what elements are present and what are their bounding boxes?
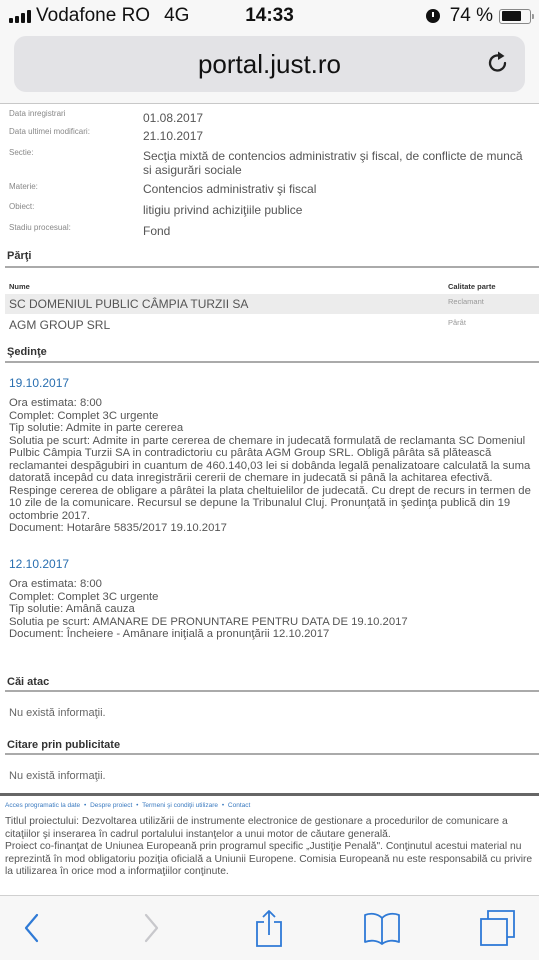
appeals-divider xyxy=(5,690,539,692)
footer-link-terms[interactable]: Termeni şi condiţii utilizare xyxy=(142,802,218,809)
tabs-icon[interactable] xyxy=(479,909,517,947)
battery-percent: 74 % xyxy=(450,5,493,27)
detail-matter: Materie: Contencios administrativ şi fis… xyxy=(0,180,539,196)
hearing-panel: Complet: Complet 3C urgente xyxy=(9,410,534,423)
address-bar[interactable]: portal.just.ro xyxy=(14,36,525,92)
forward-icon[interactable] xyxy=(141,912,161,944)
detail-label: Stadiu procesual: xyxy=(9,223,71,232)
hearing-time: Ora estimata: 8:00 xyxy=(9,397,534,410)
hearing-document: Document: Hotarâre 5835/2017 19.10.2017 xyxy=(9,522,534,535)
hearings-divider xyxy=(5,361,539,363)
footer-project-text: Titlul proiectului: Dezvoltarea utilizăr… xyxy=(5,816,537,879)
alarm-icon xyxy=(426,9,440,23)
detail-value: Secţia mixtă de contencios administrativ… xyxy=(143,149,533,177)
appeals-heading: Căi atac xyxy=(7,676,49,688)
detail-last-modified: Data ultimei modificari: 21.10.2017 xyxy=(0,127,539,143)
footer-project-title: Titlul proiectului: Dezvoltarea utilizăr… xyxy=(5,816,537,841)
footer-links: Acces programatic la date • Despre proie… xyxy=(5,802,250,809)
status-bar: Vodafone RO 4G 14:33 74 % xyxy=(0,0,539,32)
public-summons-heading: Citare prin publicitate xyxy=(7,739,120,751)
hearing-solution-summary: Solutia pe scurt: Admite in parte cerere… xyxy=(9,435,534,523)
party-name: AGM GROUP SRL xyxy=(9,318,110,332)
bookmarks-button[interactable] xyxy=(362,910,402,946)
detail-stage: Stadiu procesual: Fond xyxy=(0,222,539,238)
hearing-solution-summary: Solutia pe scurt: AMANARE DE PRONUNTARE … xyxy=(9,616,534,629)
detail-object: Obiect: litigiu privind achiziţiile publ… xyxy=(0,201,539,217)
footer-divider xyxy=(0,793,539,796)
party-name: SC DOMENIUL PUBLIC CÂMPIA TURZII SA xyxy=(9,297,248,311)
footer-link-contact[interactable]: Contact xyxy=(228,802,250,809)
detail-label: Materie: xyxy=(9,182,38,191)
party-role: Pârât xyxy=(448,318,466,327)
detail-label: Sectie: xyxy=(9,148,33,157)
share-icon[interactable] xyxy=(253,908,285,948)
public-summons-empty-text: Nu există informaţii. xyxy=(9,770,106,782)
detail-value: Contencios administrativ şi fiscal xyxy=(143,182,533,196)
detail-registration-date: Data inregistrari 01.08.2017 xyxy=(0,109,539,125)
forward-button[interactable] xyxy=(131,910,171,946)
tabs-button[interactable] xyxy=(478,910,518,946)
hearing-time: Ora estimata: 8:00 xyxy=(9,578,534,591)
appeals-empty-text: Nu există informaţii. xyxy=(9,707,106,719)
share-button[interactable] xyxy=(249,910,289,946)
footer-link-about[interactable]: Despre proiect xyxy=(90,802,132,809)
browser-address-area: portal.just.ro xyxy=(0,32,539,104)
party-row: AGM GROUP SRL Pârât xyxy=(5,315,539,335)
detail-label: Data inregistrari xyxy=(9,109,65,118)
hearing-document: Document: Încheiere - Amânare iniţială a… xyxy=(9,628,534,641)
parties-col-role: Calitate parte xyxy=(448,282,496,291)
hearing-solution-type: Tip solutie: Amână cauza xyxy=(9,603,534,616)
footer-link-separator: • xyxy=(84,802,86,809)
detail-value: 21.10.2017 xyxy=(143,129,533,143)
battery-level xyxy=(502,11,522,21)
footer-link-api-access[interactable]: Acces programatic la date xyxy=(5,802,80,809)
party-row: SC DOMENIUL PUBLIC CÂMPIA TURZII SA Recl… xyxy=(5,294,539,314)
back-button[interactable] xyxy=(12,910,52,946)
hearings-heading: Şedinţe xyxy=(7,346,47,358)
detail-value: Fond xyxy=(143,224,533,238)
detail-value: 01.08.2017 xyxy=(143,111,533,125)
parties-heading: Părţi xyxy=(7,250,31,262)
hearing-date: 12.10.2017 xyxy=(9,557,534,571)
footer-link-separator: • xyxy=(222,802,224,809)
footer-link-separator: • xyxy=(136,802,138,809)
reload-icon[interactable] xyxy=(485,50,511,76)
parties-divider xyxy=(5,266,539,268)
detail-label: Obiect: xyxy=(9,202,34,211)
hearing-entry: 12.10.2017 Ora estimata: 8:00 Complet: C… xyxy=(9,557,534,641)
hearing-solution-type: Tip solutie: Admite in parte cererea xyxy=(9,422,534,435)
detail-value: litigiu privind achiziţiile publice xyxy=(143,203,533,217)
url-text[interactable]: portal.just.ro xyxy=(14,49,525,80)
parties-col-name: Nume xyxy=(9,282,30,291)
detail-label: Data ultimei modificari: xyxy=(9,127,90,136)
hearing-panel: Complet: Complet 3C urgente xyxy=(9,591,534,604)
back-icon[interactable] xyxy=(22,912,42,944)
browser-toolbar xyxy=(0,895,539,960)
public-summons-divider xyxy=(5,753,539,755)
bookmarks-icon[interactable] xyxy=(362,910,402,946)
hearing-entry: 19.10.2017 Ora estimata: 8:00 Complet: C… xyxy=(9,376,534,535)
footer-cofinancing-note: Proiect co-finanţat de Uniunea Europeană… xyxy=(5,841,537,879)
party-role: Reclamant xyxy=(448,297,484,306)
hearing-date: 19.10.2017 xyxy=(9,376,534,390)
detail-section: Sectie: Secţia mixtă de contencios admin… xyxy=(0,147,539,177)
battery-icon xyxy=(499,9,531,24)
